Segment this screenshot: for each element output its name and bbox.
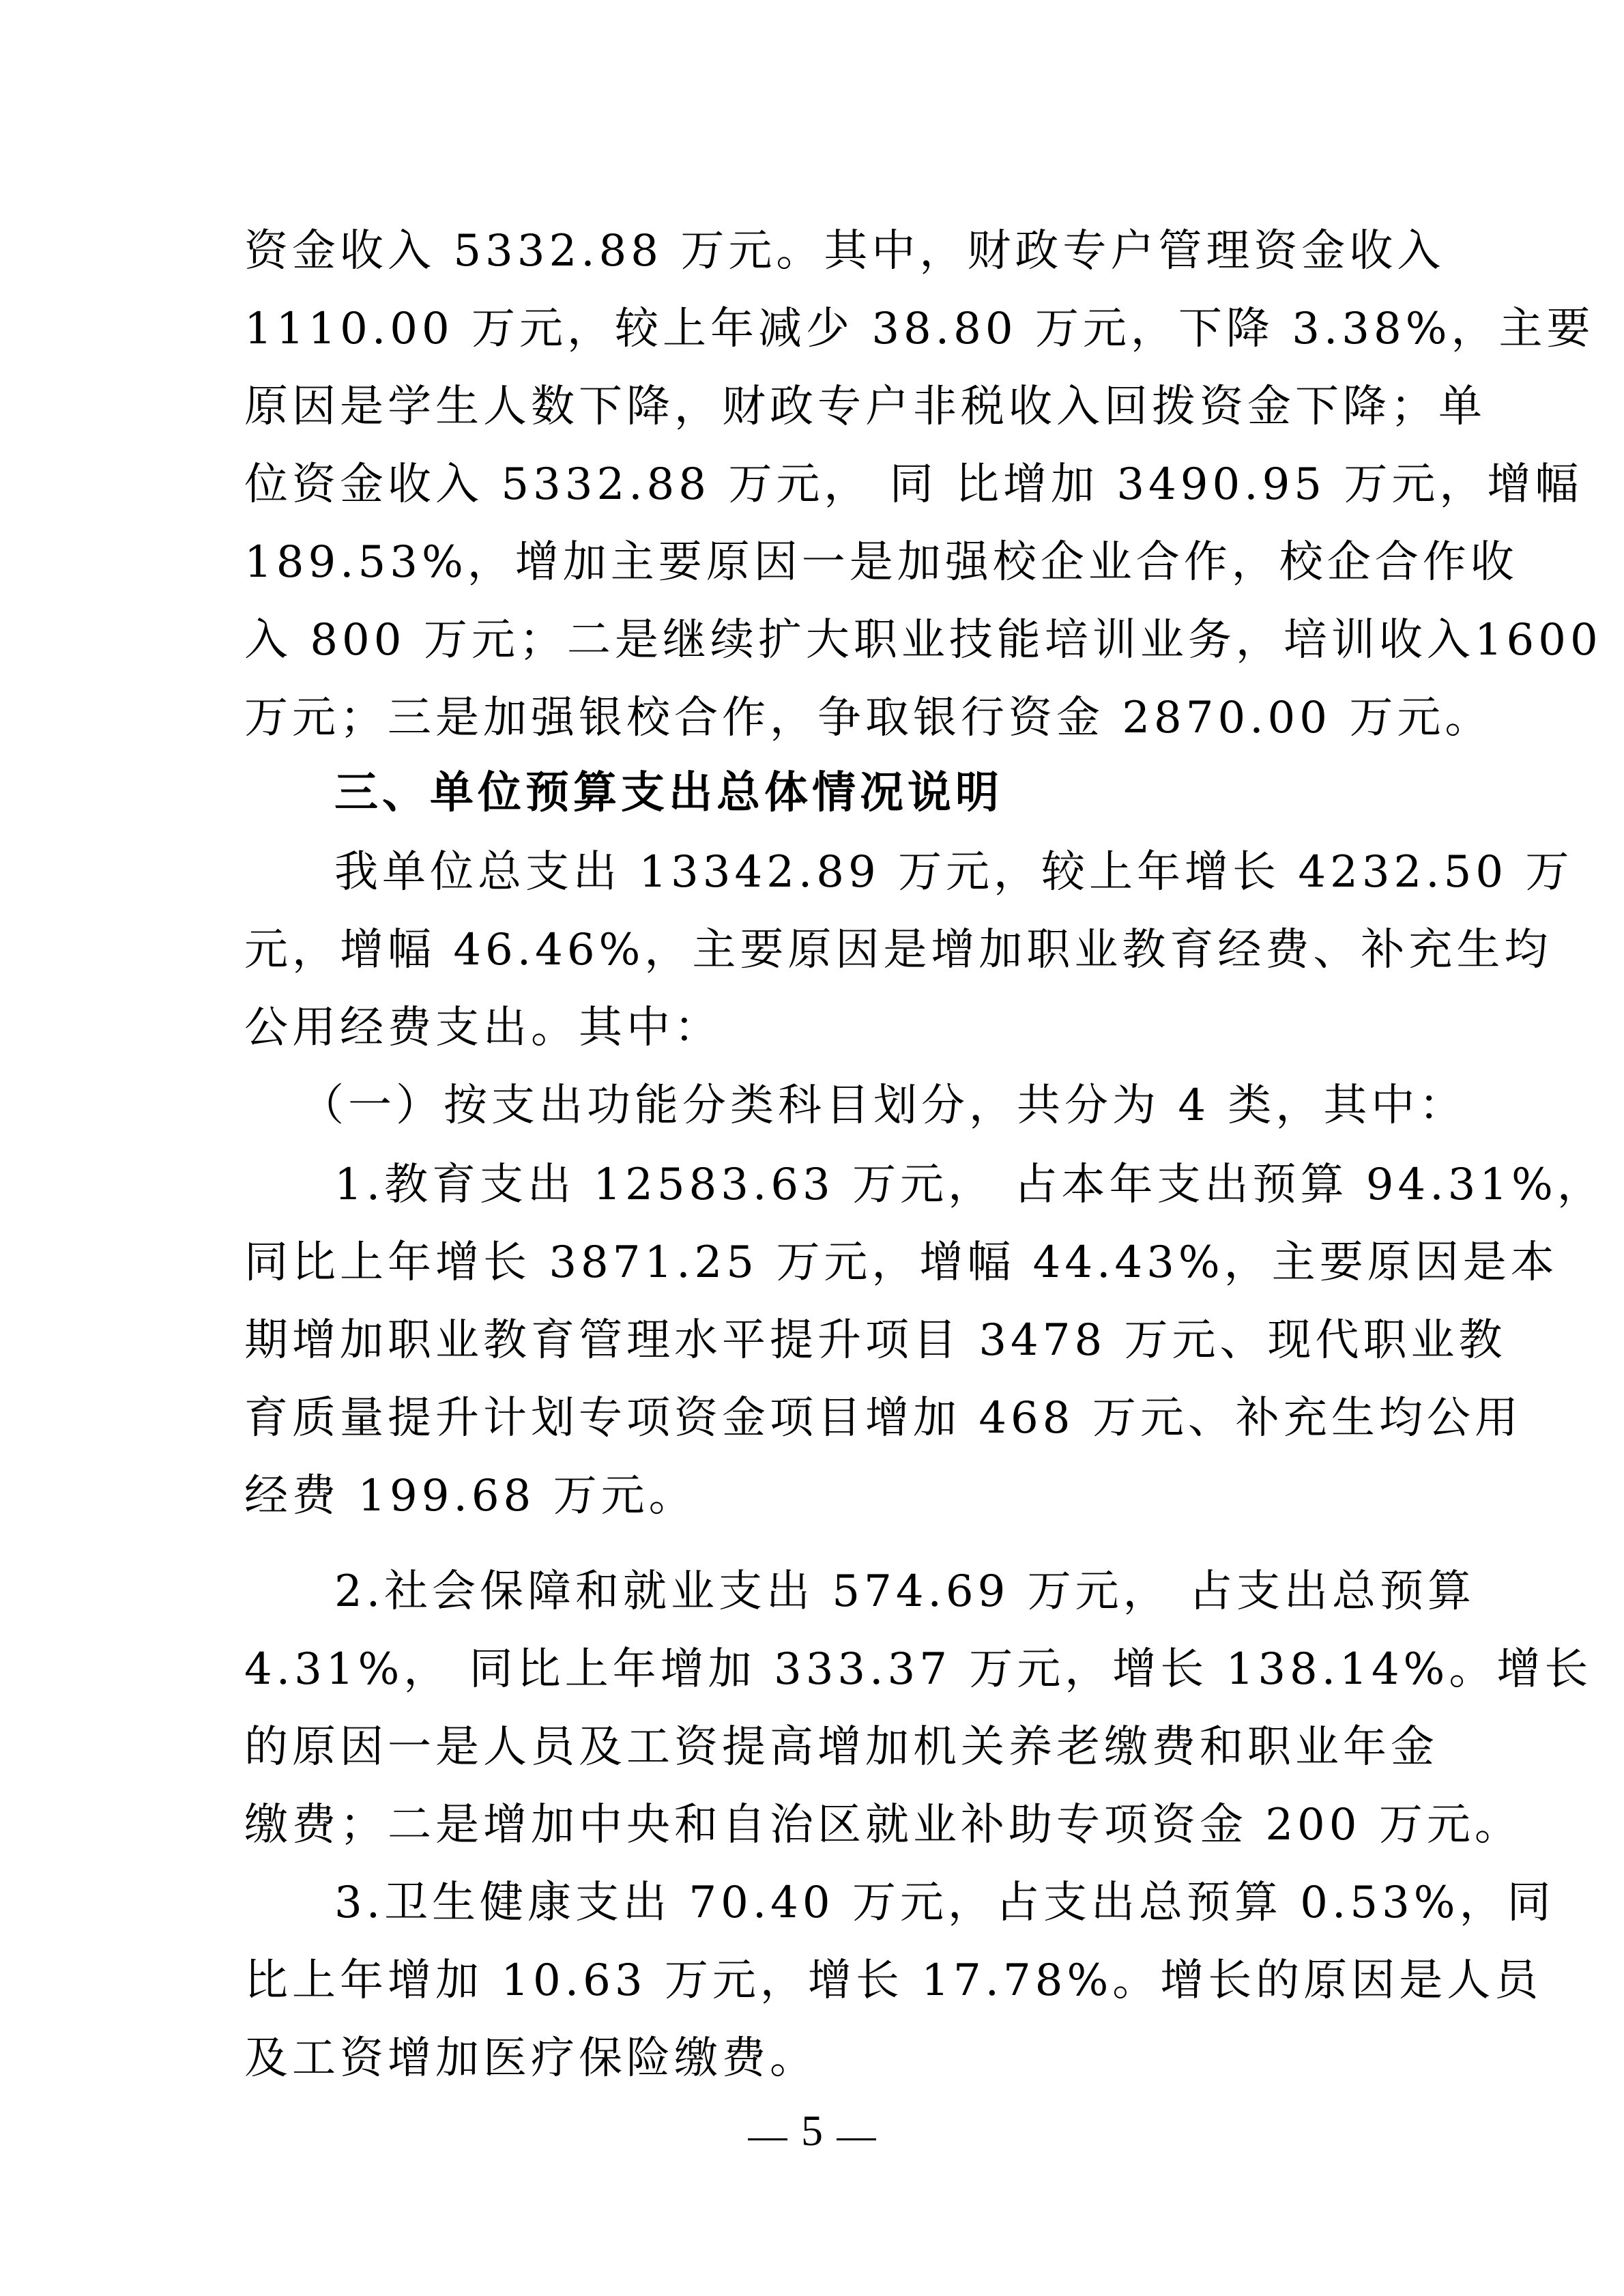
paragraph-line: 的原因一是人员及工资提高增加机关养老缴费和职业年金 (244, 1713, 1391, 1781)
paragraph-line: 万元；三是加强银校合作，争取银行资金 2870.00 万元。 (244, 684, 1391, 752)
paragraph-line: 2.社会保障和就业支出 574.69 万元， 占支出总预算 (334, 1558, 1391, 1626)
paragraph-line: 比上年增加 10.63 万元，增长 17.78%。增长的原因是人员 (244, 1947, 1391, 2015)
page-number-value: 5 (801, 2106, 823, 2155)
paragraph-line: 育质量提升计划专项资金项目增加 468 万元、补充生均公用 (244, 1384, 1391, 1452)
paragraph-line: 期增加职业教育管理水平提升项目 3478 万元、现代职业教 (244, 1306, 1391, 1375)
paragraph-line: 原因是学生人数下降，财政专户非税收入回拨资金下降；单 (244, 373, 1391, 441)
paragraph-line: 及工资增加医疗保险缴费。 (244, 2024, 1391, 2093)
dash-left (748, 2138, 787, 2140)
paragraph-line: 1110.00 万元，较上年减少 38.80 万元，下降 3.38%，主要 (244, 295, 1391, 363)
paragraph-line: 我单位总支出 13342.89 万元，较上年增长 4232.50 万 (334, 838, 1391, 906)
dash-right (837, 2138, 876, 2140)
page-number: 5 (0, 2097, 1624, 2165)
paragraph-line: 入 800 万元；二是继续扩大职业技能培训业务，培训收入1600 (244, 606, 1391, 674)
paragraph-line: 3.卫生健康支出 70.40 万元，占支出总预算 0.53%，同 (334, 1869, 1391, 1937)
paragraph-line: 经费 199.68 万元。 (244, 1462, 1391, 1530)
subsection-heading: （一）按支出功能分类科目划分，共分为 4 类，其中： (300, 1072, 1391, 1140)
paragraph-line: 公用经费支出。其中： (244, 994, 1391, 1062)
section-heading: 三、单位预算支出总体情况说明 (334, 759, 1391, 827)
paragraph-line: 元，增幅 46.46%，主要原因是增加职业教育经费、补充生均 (244, 916, 1391, 984)
paragraph-line: 位资金收入 5332.88 万元， 同 比增加 3490.95 万元，增幅 (244, 450, 1391, 519)
paragraph-line: 4.31%， 同比上年增加 333.37 万元，增长 138.14%。增长 (244, 1635, 1391, 1704)
paragraph-line: 资金收入 5332.88 万元。其中，财政专户管理资金收入 (244, 217, 1391, 285)
paragraph-line: 189.53%，增加主要原因一是加强校企业合作，校企合作收 (244, 528, 1391, 597)
document-page: 资金收入 5332.88 万元。其中，财政专户管理资金收入 1110.00 万元… (0, 0, 1624, 2296)
paragraph-line: 缴费；二是增加中央和自治区就业补助专项资金 200 万元。 (244, 1791, 1391, 1859)
paragraph-line: 1.教育支出 12583.63 万元， 占本年支出预算 94.31%， (334, 1151, 1391, 1219)
paragraph-line: 同比上年增长 3871.25 万元，增幅 44.43%，主要原因是本 (244, 1229, 1391, 1297)
